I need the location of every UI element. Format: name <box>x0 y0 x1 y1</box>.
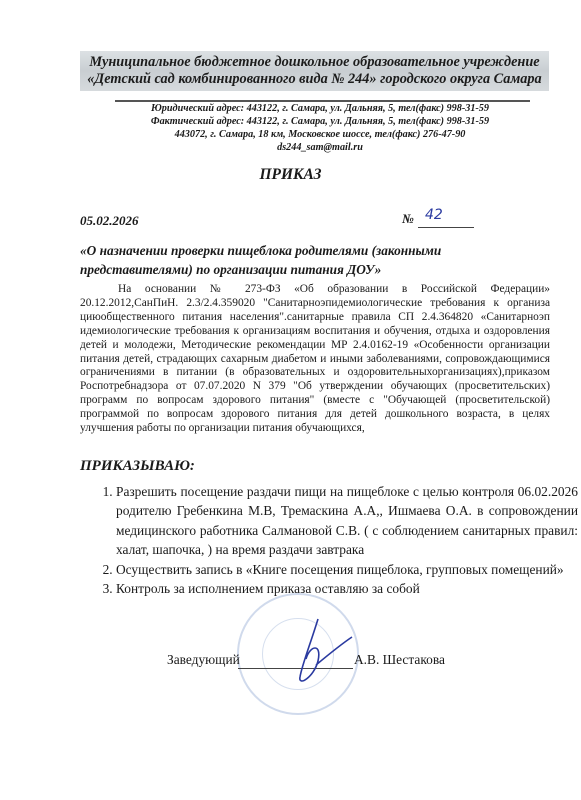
email: ds244_sam@mail.ru <box>100 141 540 155</box>
handwritten-signature-icon <box>280 615 360 690</box>
signatory-name: А.В. Шестакова <box>354 652 445 668</box>
actual-address: Фактический адрес: 443122, г. Самара, ул… <box>100 115 540 129</box>
second-address: 443072, г. Самара, 18 км, Московское шос… <box>100 128 540 142</box>
org-header-band: Муниципальное бюджетное дошкольное образ… <box>80 51 549 91</box>
order-items: Разрешить посещение раздачи пищи на пище… <box>88 482 578 598</box>
order-item: Осуществить запись в «Книге посещения пи… <box>116 560 578 579</box>
document-number-label: № <box>402 211 414 227</box>
number-underline <box>418 227 474 228</box>
document-date: 05.02.2026 <box>80 213 139 229</box>
preamble: На основании № 273-ФЗ «Об образовании в … <box>80 283 550 436</box>
preamble-text: На основании № 273-ФЗ «Об образовании в … <box>80 283 550 436</box>
org-name-line2: «Детский сад комбинированного вида № 244… <box>80 71 549 88</box>
document-subject: «О назначении проверки пищеблока родител… <box>80 241 520 279</box>
order-word: ПРИКАЗЫВАЮ: <box>80 458 195 475</box>
org-name-line1: Муниципальное бюджетное дошкольное образ… <box>80 54 549 71</box>
document-number-handwritten: 42 <box>425 207 443 223</box>
document-title: ПРИКАЗ <box>0 166 581 184</box>
order-item: Контроль за исполнением приказа оставляю… <box>116 579 578 598</box>
legal-address: Юридический адрес: 443122, г. Самара, ул… <box>100 102 540 116</box>
order-item: Разрешить посещение раздачи пищи на пище… <box>116 482 578 560</box>
signatory-position: Заведующий <box>167 652 240 668</box>
